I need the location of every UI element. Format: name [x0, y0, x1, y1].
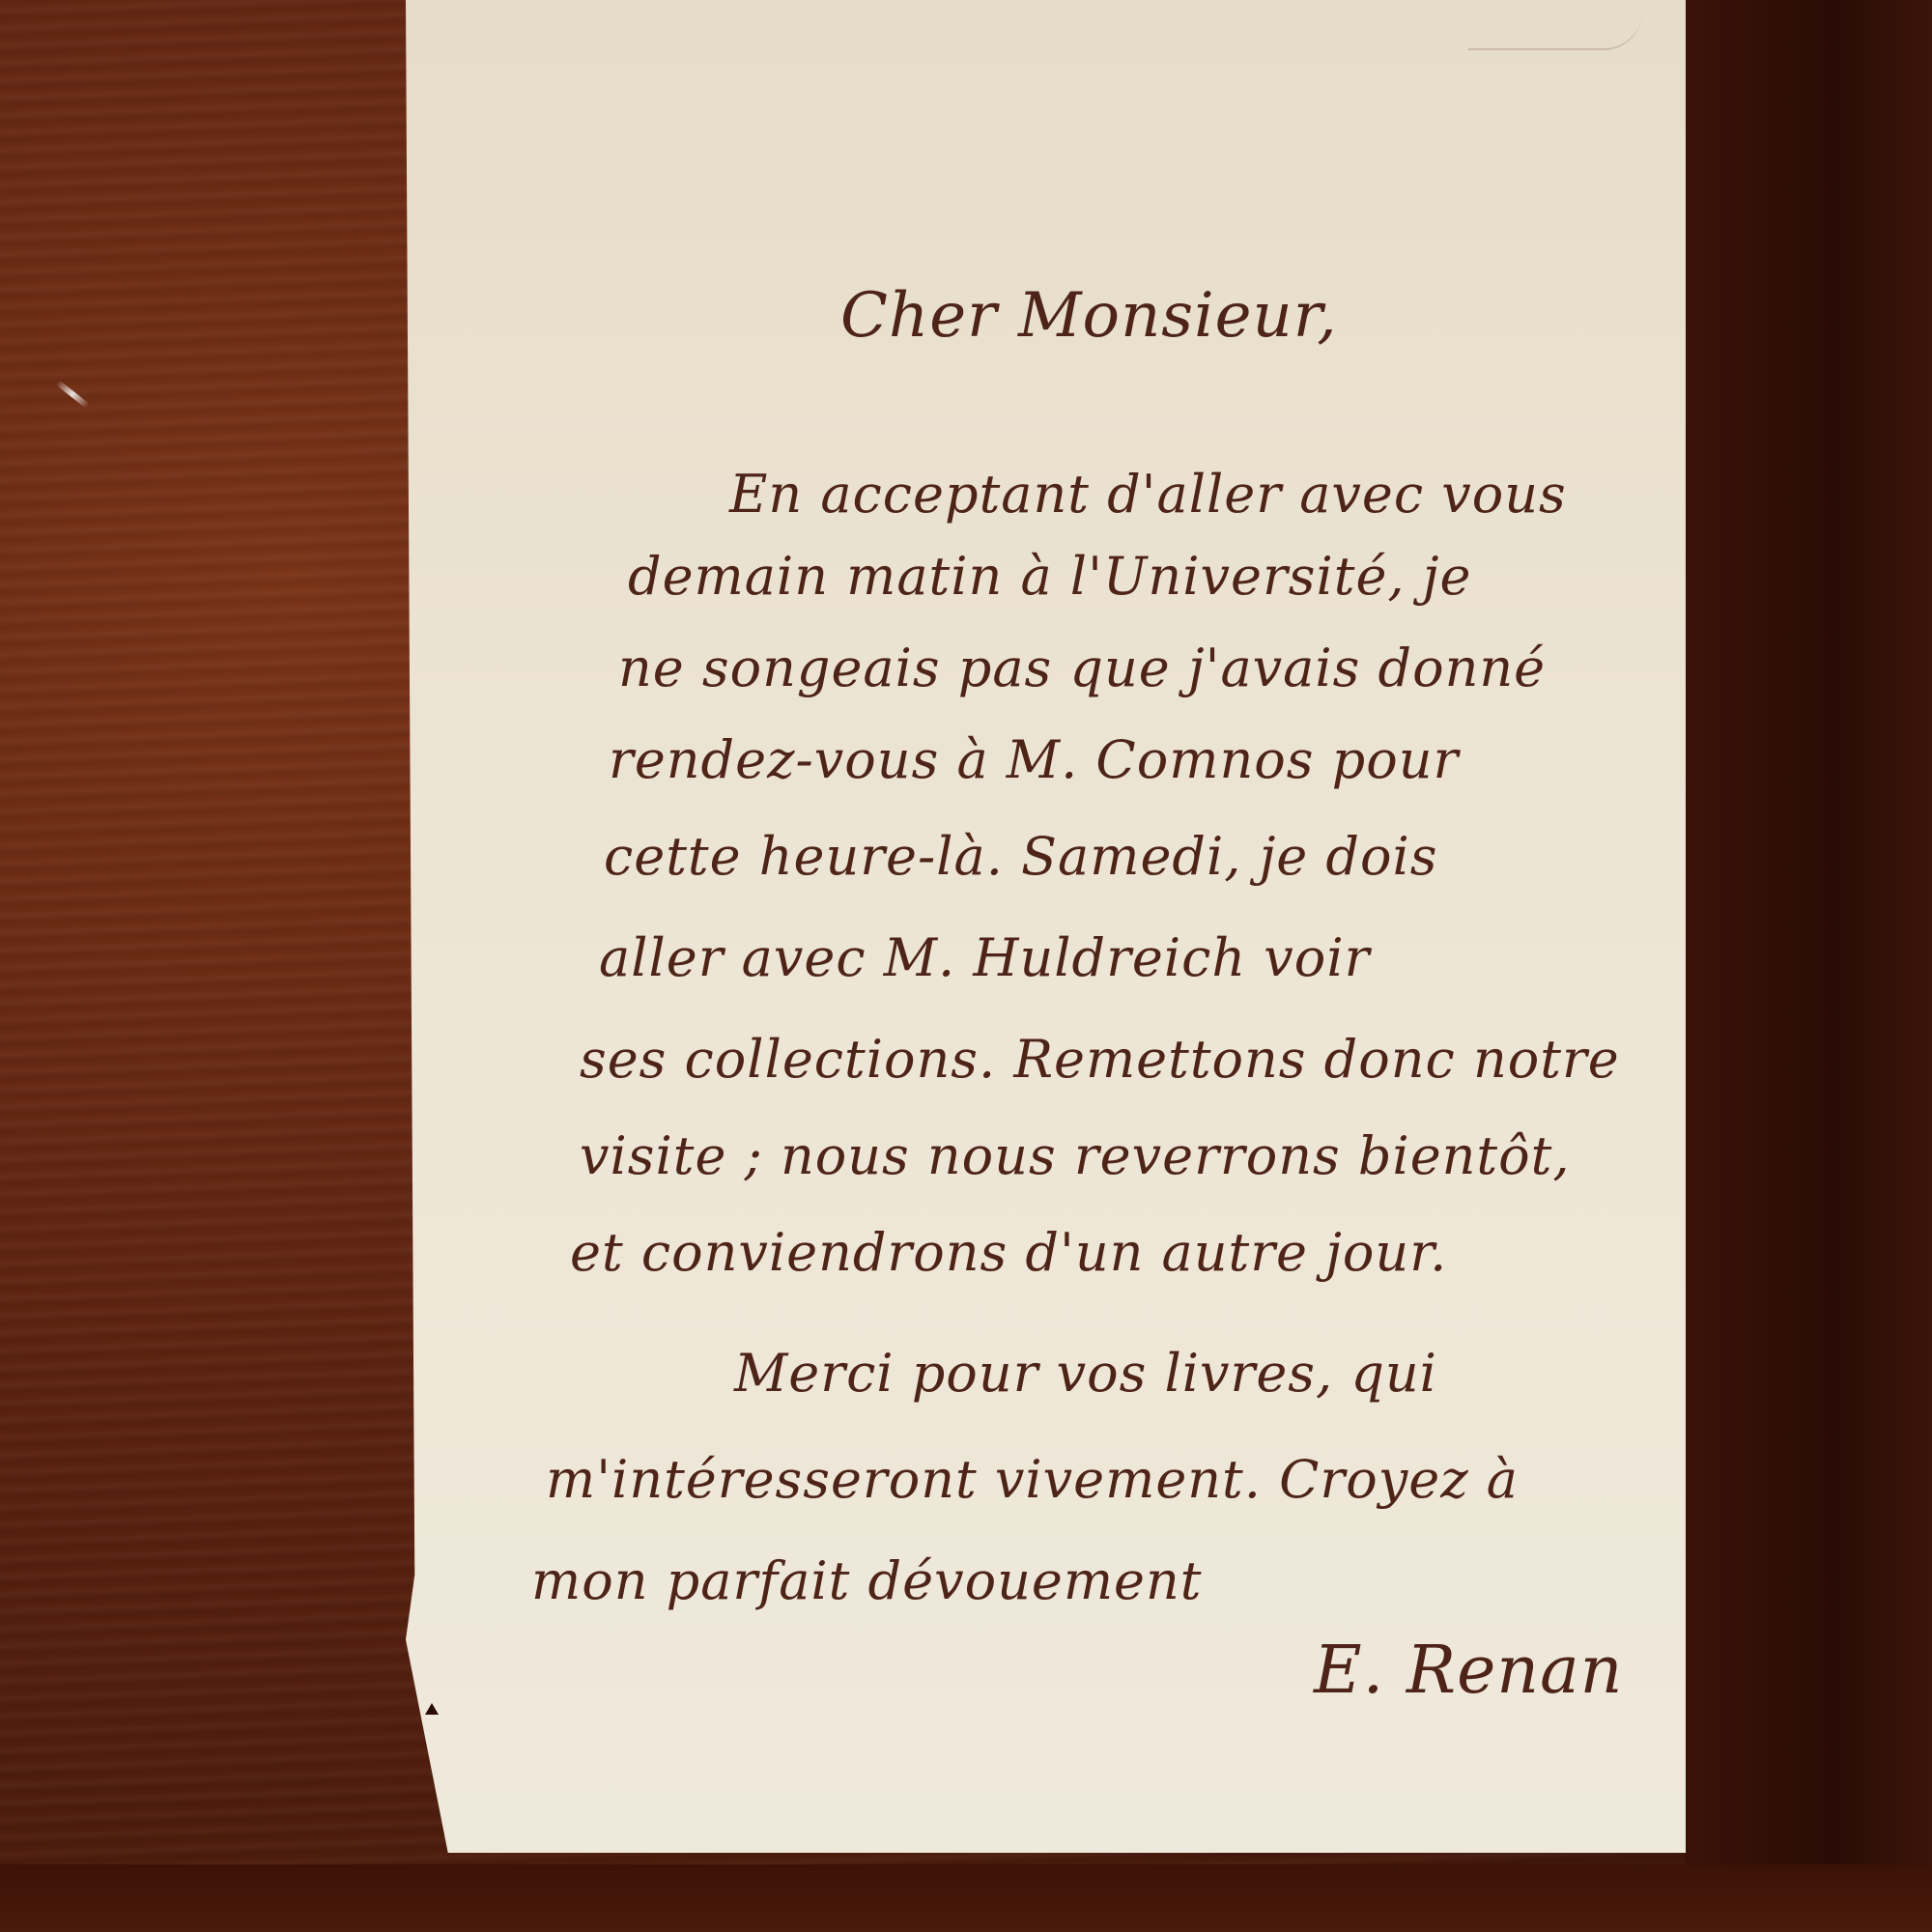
letter-line: ne songeais pas que j'avais donné — [618, 638, 1546, 698]
letter-line: aller avec M. Huldreich voir — [599, 927, 1370, 988]
paper-tear-notch — [425, 1703, 439, 1715]
letter-line: rendez-vous à M. Comnos pour — [609, 729, 1459, 790]
letter-line: mon parfait dévouement — [531, 1550, 1202, 1611]
wood-table-edge-bottom — [0, 1864, 1932, 1932]
letter-signature: E. Renan — [1314, 1633, 1623, 1709]
wood-table-edge-right — [1686, 0, 1932, 1932]
letter-line: cette heure-là. Samedi, je dois — [604, 826, 1438, 887]
letter-line: ses collections. Remettons donc notre — [580, 1029, 1620, 1090]
letter-line: demain matin à l'Université, je — [628, 546, 1471, 607]
letter-line: Merci pour vos livres, qui — [734, 1343, 1437, 1404]
letter-line: visite ; nous nous reverrons bientôt, — [580, 1125, 1571, 1186]
letter-line: et conviendrons d'un autre jour. — [570, 1222, 1447, 1283]
letter-line: m'intéresseront vivement. Croyez à — [546, 1449, 1519, 1510]
previous-page-ink-fragment — [1468, 0, 1642, 50]
letter-salutation: Cher Monsieur, — [840, 280, 1338, 352]
letter-line: En acceptant d'aller avec vous — [729, 464, 1567, 525]
table-light-glare — [55, 380, 89, 408]
